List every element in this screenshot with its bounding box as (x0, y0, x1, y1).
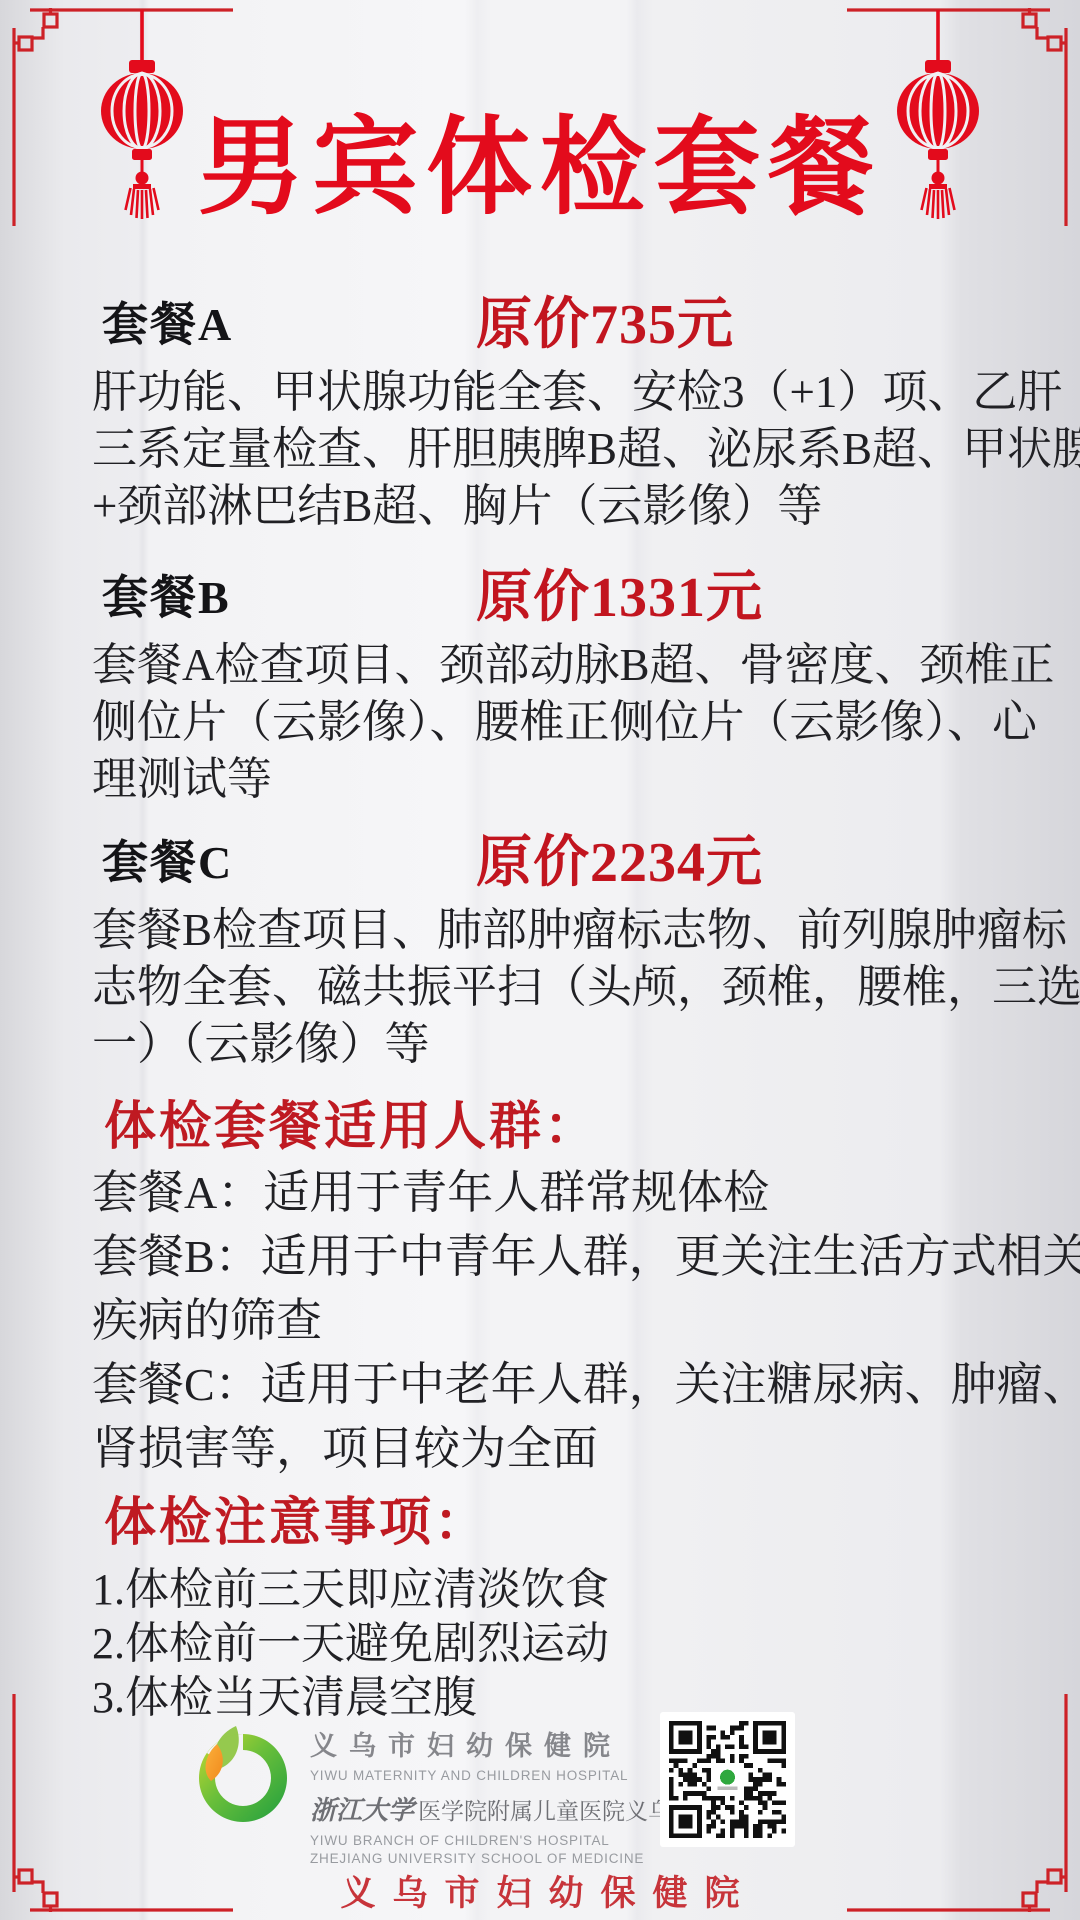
qr-code (660, 1712, 795, 1847)
note-line: 3.体检当天清晨空腹 (92, 1671, 988, 1725)
package-c-description: 套餐B检查项目、肺部肿瘤标志物、前列腺肿瘤标 志物全套、磁共振平扫（头颅，颈椎，… (92, 902, 988, 1073)
audience-line: 套餐C：适用于中老年人群，关注糖尿病、肿瘤、 (92, 1353, 988, 1417)
notes-lines: 1.体检前三天即应清淡饮食 2.体检前一天避免剧烈运动 3.体检当天清晨空腹 (0, 1563, 1080, 1725)
package-a-desc-line: 三系定量检查、肝胆胰脾B超、泌尿系B超、甲状腺 (92, 421, 988, 478)
hospital-branch-en: YIWU BRANCH OF CHILDREN'S HOSPITAL (310, 1833, 717, 1848)
audience-line: 肾损害等，项目较为全面 (92, 1417, 988, 1481)
package-b-desc-line: 侧位片（云影像）、腰椎正侧位片（云影像）、心 (92, 694, 988, 751)
package-section-b: 套餐B 原价1331元 套餐A检查项目、颈部动脉B超、骨密度、颈椎正 侧位片（云… (0, 557, 1080, 808)
hospital-affiliation: 浙江大学医学院附属儿童医院义乌分院 (310, 1790, 717, 1827)
package-b-row: 套餐B 原价1331元 (92, 557, 988, 629)
package-a-description: 肝功能、甲状腺功能全套、安检3（+1）项、乙肝 三系定量检查、肝胆胰脾B超、泌尿… (92, 364, 988, 535)
poster-page: 男宾体检套餐 套餐A 原价735元 肝功能、甲状腺功能全套、安检3（+1）项、乙… (0, 0, 1080, 1920)
hospital-name-cn: 义乌市妇幼保健院 (310, 1724, 717, 1763)
package-c-desc-line: 套餐B检查项目、肺部肿瘤标志物、前列腺肿瘤标 (92, 902, 988, 959)
audience-lines: 套餐A：适用于青年人群常规体检 套餐B：适用于中青年人群，更关注生活方式相关 疾… (0, 1161, 1080, 1481)
package-b-price: 原价1331元 (476, 553, 763, 633)
package-section-a: 套餐A 原价735元 肝功能、甲状腺功能全套、安检3（+1）项、乙肝 三系定量检… (0, 284, 1080, 535)
package-a-name: 套餐A (102, 288, 233, 354)
audience-heading: 体检套餐适用人群： (12, 1097, 1080, 1159)
audience-line: 疾病的筛查 (92, 1289, 988, 1353)
package-c-desc-line: 一）（云影像）等 (92, 1016, 988, 1073)
hospital-logo-icon (196, 1720, 290, 1828)
poster-content: 男宾体检套餐 套餐A 原价735元 肝功能、甲状腺功能全套、安检3（+1）项、乙… (0, 0, 1080, 1725)
note-line: 1.体检前三天即应清淡饮食 (92, 1563, 988, 1617)
package-c-name: 套餐C (102, 826, 233, 892)
package-section-c: 套餐C 原价2234元 套餐B检查项目、肺部肿瘤标志物、前列腺肿瘤标 志物全套、… (0, 822, 1080, 1073)
zhejiang-university-calligraphy: 浙江大学 (310, 1796, 414, 1825)
qr-code-svg (669, 1721, 786, 1838)
hospital-university-en: ZHEJIANG UNIVERSITY SCHOOL OF MEDICINE (310, 1851, 717, 1866)
package-c-row: 套餐C 原价2234元 (92, 822, 988, 894)
package-c-price: 原价2234元 (476, 818, 763, 898)
package-b-description: 套餐A检查项目、颈部动脉B超、骨密度、颈椎正 侧位片（云影像）、腰椎正侧位片（云… (92, 637, 988, 808)
package-c-desc-line: 志物全套、磁共振平扫（头颅，颈椎，腰椎，三选 (92, 959, 988, 1016)
page-title: 男宾体检套餐 (0, 102, 1080, 236)
package-a-row: 套餐A 原价735元 (92, 284, 988, 356)
audience-line: 套餐B：适用于中青年人群，更关注生活方式相关 (92, 1225, 988, 1289)
notes-heading: 体检注意事项： (12, 1493, 1080, 1555)
package-b-desc-line: 套餐A检查项目、颈部动脉B超、骨密度、颈椎正 (92, 637, 988, 694)
package-b-desc-line: 理测试等 (92, 751, 988, 808)
footer-hospital-name: 义乌市妇幼保健院 (0, 1866, 1080, 1916)
hospital-band: 义乌市妇幼保健院 YIWU MATERNITY AND CHILDREN HOS… (196, 1720, 717, 1866)
package-a-desc-line: +颈部淋巴结B超、胸片（云影像）等 (92, 478, 988, 535)
package-b-name: 套餐B (102, 561, 231, 627)
hospital-text-block: 义乌市妇幼保健院 YIWU MATERNITY AND CHILDREN HOS… (310, 1720, 717, 1866)
package-a-price: 原价735元 (476, 280, 734, 360)
audience-line: 套餐A：适用于青年人群常规体检 (92, 1161, 988, 1225)
note-line: 2.体检前一天避免剧烈运动 (92, 1617, 988, 1671)
hospital-name-en: YIWU MATERNITY AND CHILDREN HOSPITAL (310, 1768, 717, 1783)
package-a-desc-line: 肝功能、甲状腺功能全套、安检3（+1）项、乙肝 (92, 364, 988, 421)
